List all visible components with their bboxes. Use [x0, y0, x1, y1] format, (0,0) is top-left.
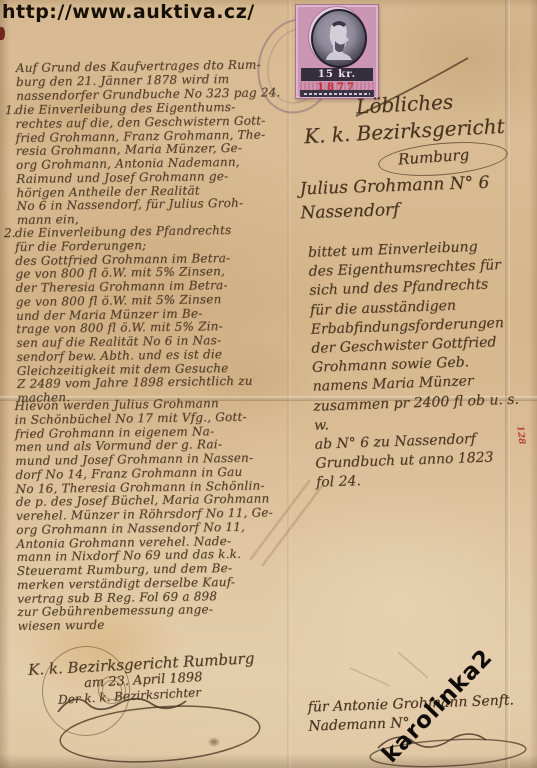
item-2-number: 2.: [4, 226, 15, 240]
applicant-block: Julius Grohmann N° 6 Nassendorf: [299, 171, 490, 226]
scanned-document-photo: 15 kr. 1877 Auf Grund des Kaufvertrages …: [0, 0, 537, 768]
salutation-line-1: Löbliches: [355, 89, 453, 118]
emperor-portrait-vignette: [311, 9, 367, 68]
petition-body: bittet um Einverleibung des Eigenthumsre…: [308, 236, 532, 493]
left-closing-paragraph: Hievon werden Julius Grohmann in Schönbü…: [14, 396, 299, 634]
stamp-value: 15 kr.: [301, 68, 373, 81]
left-intro-paragraph: Auf Grund des Kaufvertrages dto Rum- bur…: [16, 58, 299, 103]
revenue-stamp: 15 kr. 1877: [295, 4, 379, 99]
margin-registry-number: 128: [514, 425, 526, 445]
left-item-2-paragraph: die Einverleibung des Pfandrechts für di…: [15, 223, 299, 406]
auction-site-watermark: http://www.auktiva.cz/: [2, 1, 255, 23]
portrait-ring: [309, 7, 365, 66]
pencil-marks: [350, 652, 428, 686]
left-item-1-paragraph: die Einverleibung des Eigenthums- rechte…: [15, 100, 299, 228]
ink-blot: [0, 27, 5, 40]
emperor-portrait-icon: [313, 11, 363, 65]
